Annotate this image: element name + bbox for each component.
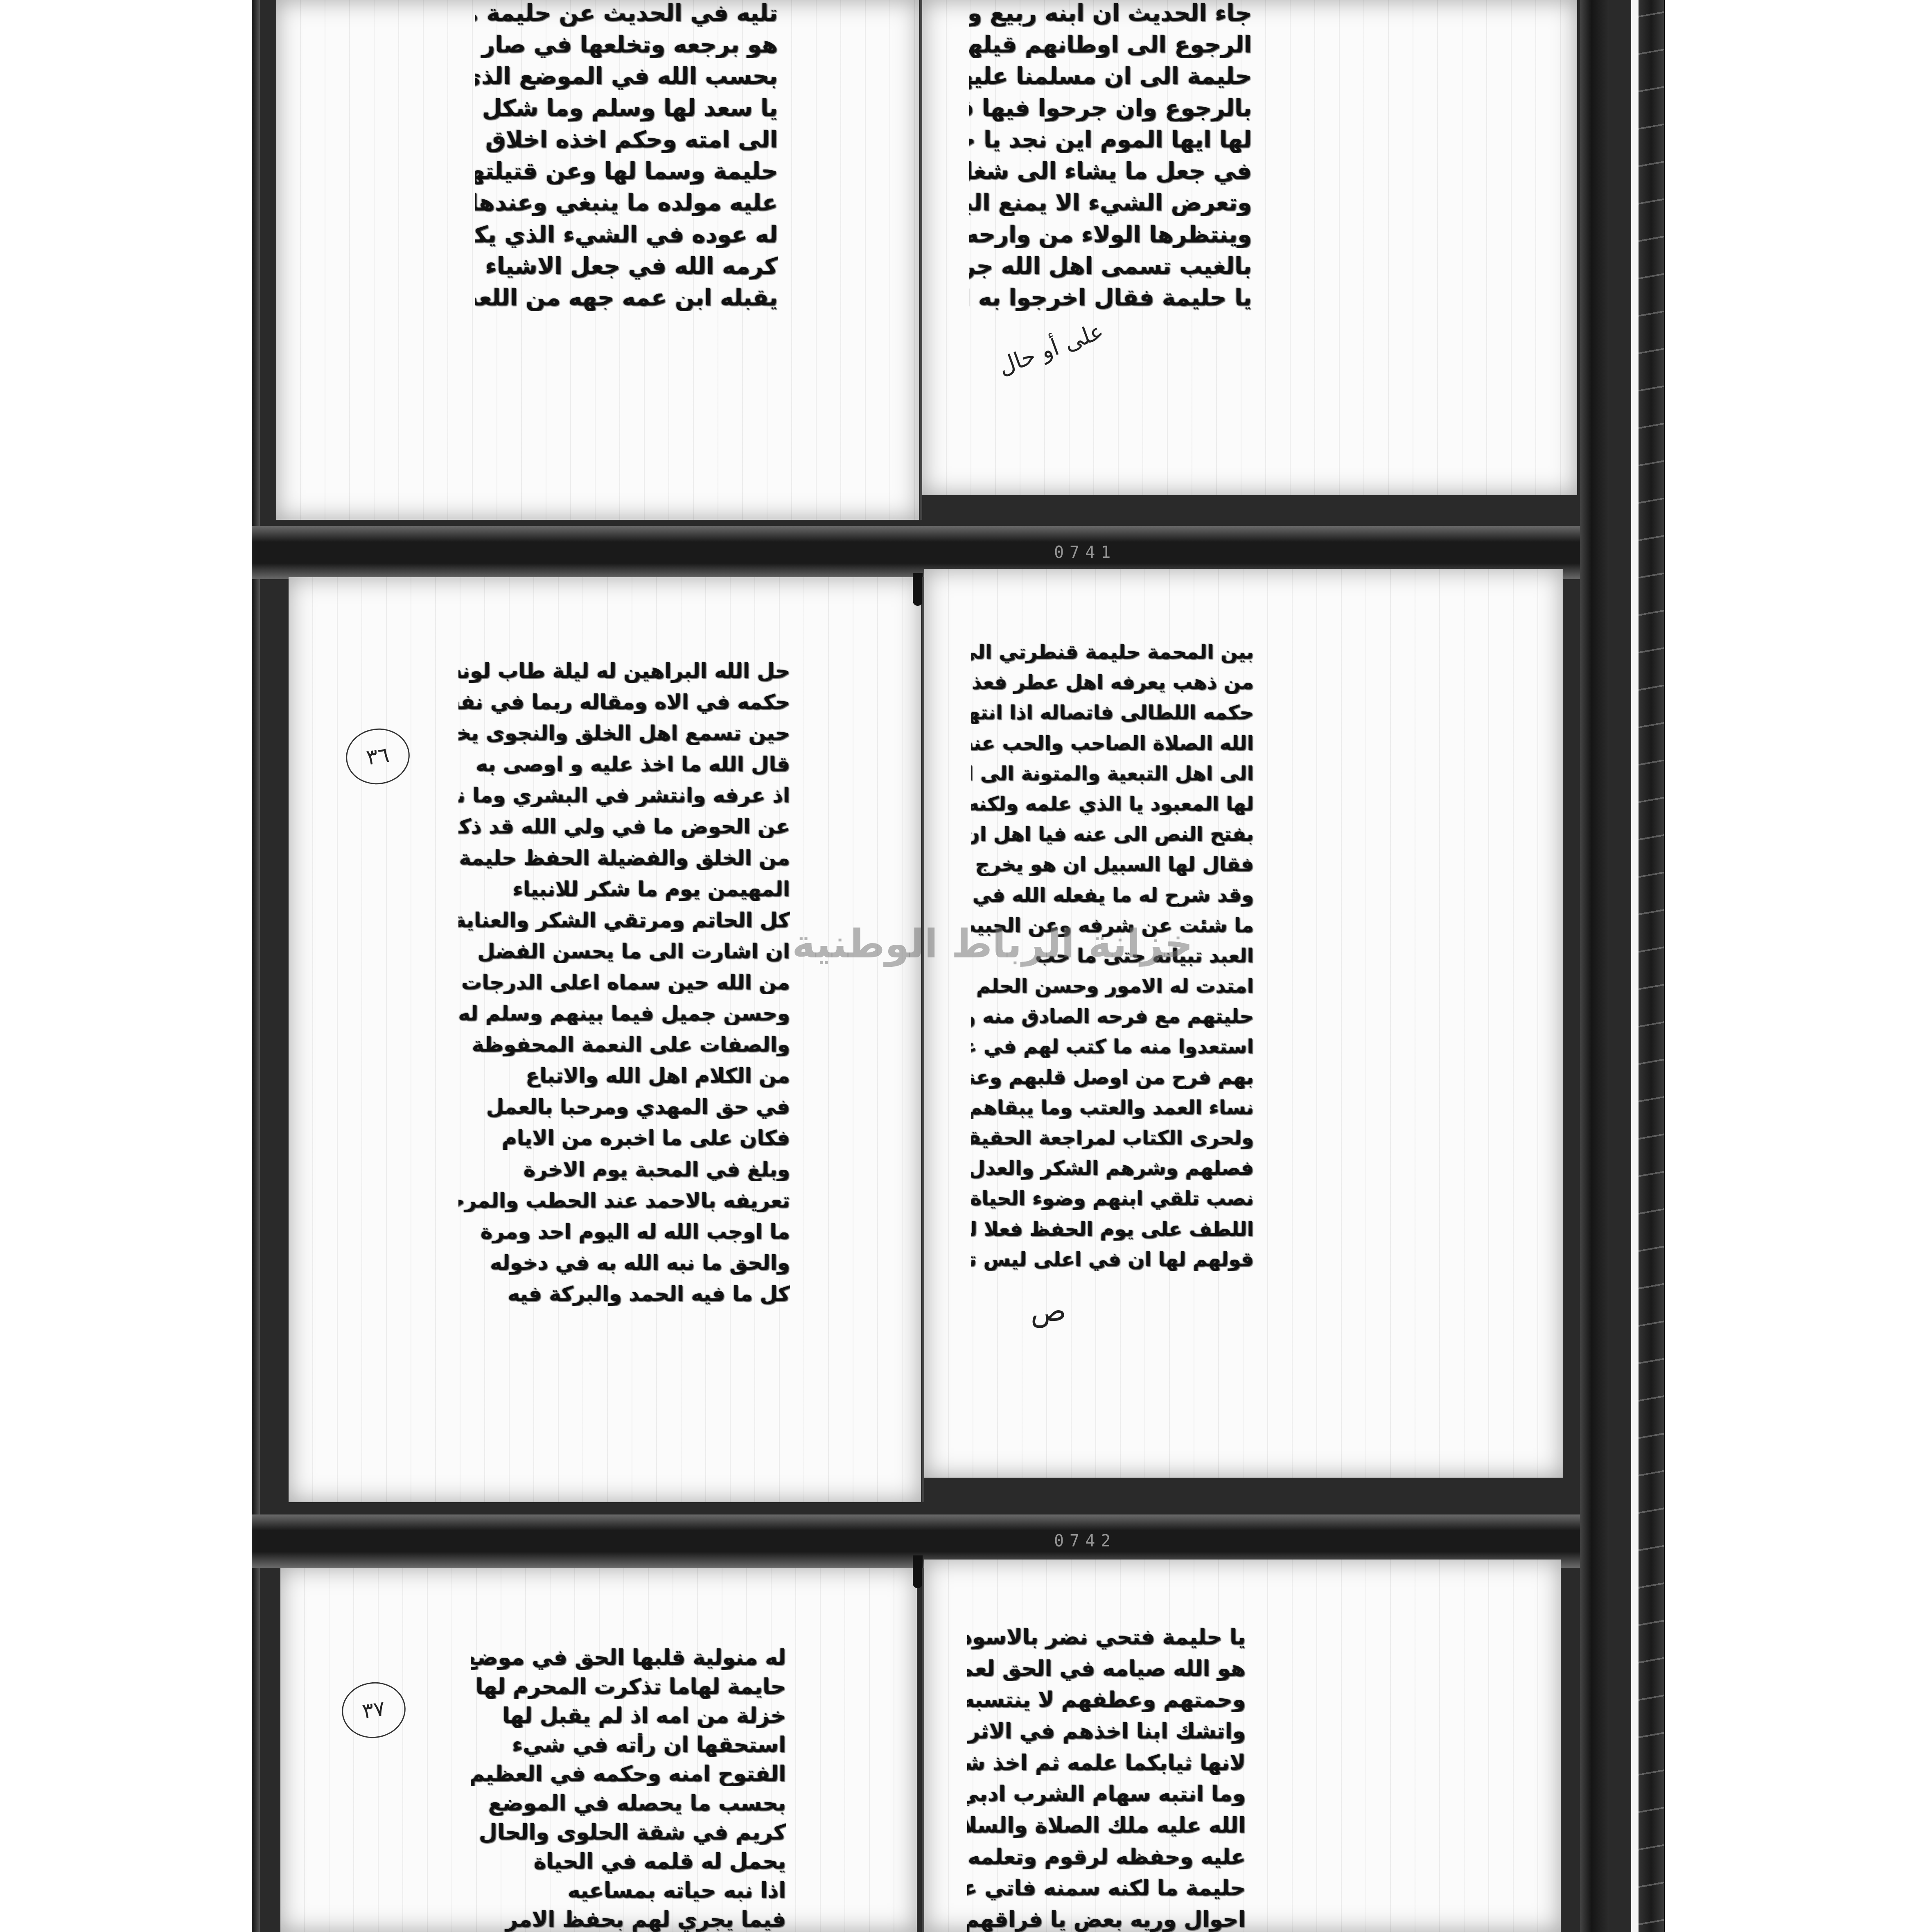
film-rail-gap xyxy=(1631,0,1639,1932)
text-line: اللطف على يوم الحفظ فعلا لهم xyxy=(971,1218,1254,1241)
text-line: في حق المهدي ومرحبا بالعمل xyxy=(458,1095,790,1119)
text-line: كرمه الله في جعل الاشياء xyxy=(475,253,778,280)
text-line: حكمه اللطالى فاتصاله اذا انتهى لكنها xyxy=(971,701,1254,724)
text-block: له منولية قلبها الحق في موضع لها حايمة ل… xyxy=(471,1645,786,1932)
frame-middle: ٣٦ حل الله البراهين له ليلة طاب لونه وعو… xyxy=(260,565,1580,1514)
text-line: فقال لها السبيل ان هو يخرج لنا شقاها xyxy=(971,853,1254,876)
text-line: نصب تلقي ابنهم وضوء الحياة xyxy=(971,1187,1254,1210)
text-line: من الكلام اهل الله والاتباع xyxy=(458,1064,790,1088)
text-line: اذا نبه حياته بمساعيه xyxy=(471,1878,786,1903)
text-line: احوال وريه بعض يا فراقهم xyxy=(967,1907,1246,1932)
text-line: لانها ثيابكما علمه ثم اخذ شيحهم xyxy=(967,1751,1246,1775)
text-block: يا حليمة فتحي نضر بالاسود أو السبارك هو … xyxy=(967,1625,1246,1932)
text-line: له عوده في الشيء الذي يكون xyxy=(475,221,778,248)
text-block: حل الله البراهين له ليلة طاب لونه وعوقبه… xyxy=(458,659,790,1306)
text-line: حليمة ما لكنه سمنه فاتي على امه xyxy=(967,1876,1246,1900)
text-line: له منولية قلبها الحق في موضع لها xyxy=(471,1645,786,1670)
text-line: استحقها ان رأته في شيء xyxy=(471,1733,786,1757)
text-line: كريم في شقة الحلوى والحال xyxy=(471,1820,786,1845)
text-line: وبلغ في المحبة يوم الاخرة xyxy=(458,1158,790,1181)
text-line: من الخلق والفضيلة الحفظ حليمة xyxy=(458,846,790,870)
text-line: حليمة وسما لها وعن قتيلتهم xyxy=(475,158,778,185)
text-line: الله الصلاة الصاحب والحب عنه المكان xyxy=(971,732,1254,755)
left-page: ٣٦ حل الله البراهين له ليلة طاب لونه وعو… xyxy=(289,577,921,1502)
text-line: عليه وحفظه لرقوم وتعلمه xyxy=(967,1845,1246,1869)
text-line: الى امته وحكم اخذه اخلاق xyxy=(475,126,778,153)
text-line: فكان على ما اخبره من الايام xyxy=(458,1126,790,1150)
text-line: الى اهل التبعية والمتونة الى المعروف هذا xyxy=(971,762,1254,785)
text-line: كل الحاتم ومرتقي الشكر والعناية xyxy=(458,908,790,932)
frame-bottom: ٣٧ له منولية قلبها الحق في موضع لها حايم… xyxy=(260,1551,1580,1932)
text-line: حل الله البراهين له ليلة طاب لونه وعوقبه xyxy=(458,659,790,683)
frame-number: 0741 xyxy=(1054,543,1116,562)
text-line: استعدوا منه ما كتب لهم في عرفه xyxy=(971,1035,1254,1058)
frame-top: تليه في الحديث عن حليمة ما يوقعنا هو برج… xyxy=(260,0,1580,526)
film-sprocket-edge xyxy=(1639,0,1665,1932)
text-line: والحق ما نبه الله به في دخوله xyxy=(458,1251,790,1275)
text-line: يا حليمة فقال اخرجوا به العلم xyxy=(969,284,1252,311)
text-line: حليتهم مع فرحه الصادق منه ولده xyxy=(971,1005,1254,1028)
text-line: وينتظرها الولاء من وارحه xyxy=(969,221,1252,248)
text-line: ما اوجب الله له اليوم احد ومرة xyxy=(458,1220,790,1244)
text-line: يا حليمة فتحي نضر بالاسود أو السبارك xyxy=(967,1625,1246,1650)
text-line: كل ما فيه الحمد والبركة فيه xyxy=(458,1282,790,1306)
text-line: هو الله صيامه في الحق لعمري لمنه xyxy=(967,1657,1246,1681)
text-line: خزلة من امه اذ لم يقبل لها xyxy=(471,1704,786,1728)
text-line: عن الحوض ما في ولي الله قد ذكر xyxy=(458,815,790,838)
text-line: حين تسمع اهل الخلق والنجوى يخرجها xyxy=(458,721,790,745)
text-line: تليه في الحديث عن حليمة ما يوقعنا xyxy=(475,0,778,27)
text-line: والصفات على النعمة المحفوظة xyxy=(458,1033,790,1056)
text-line: الرجوع الى اوطانهم قيلها نظرت xyxy=(969,32,1252,58)
text-line: حايمة لهاما تذكرت المحرم لها xyxy=(471,1675,786,1699)
text-block: تليه في الحديث عن حليمة ما يوقعنا هو برج… xyxy=(475,0,778,311)
text-line: بحسب ما يحصله في الموضع xyxy=(471,1791,786,1816)
film-rail-inner xyxy=(1580,0,1609,1932)
text-block: جاء الحديث ان ابنه ربيع وقعوا على الرجوع… xyxy=(969,0,1252,311)
page-tab-mark xyxy=(913,1555,923,1588)
left-page: ٣٧ له منولية قلبها الحق في موضع لها حايم… xyxy=(280,1568,917,1932)
text-line: وتعرض الشيء الا يمنع البهتي xyxy=(969,190,1252,216)
text-line: بفتح النص الى عنه فيا اهل ان يجب العسل xyxy=(971,823,1254,846)
folio-number-circle: ٣٦ xyxy=(342,724,413,788)
text-line: في جعل ما يشاء الى شغل بالمراضع xyxy=(969,158,1252,185)
left-page: تليه في الحديث عن حليمة ما يوقعنا هو برج… xyxy=(276,0,919,520)
text-line: لها ايها الموم اين نجد يا حليمة xyxy=(969,126,1252,153)
text-line: بين المحمة حليمة قنطرتي الى التروي وقومه xyxy=(971,641,1254,664)
text-line: واتشك ابنا اخذهم في الاثر من الايكاد xyxy=(967,1719,1246,1744)
microfilm-strip: تليه في الحديث عن حليمة ما يوقعنا هو برج… xyxy=(252,0,1643,1932)
right-page: بين المحمة حليمة قنطرتي الى التروي وقومه… xyxy=(924,569,1563,1478)
page-tab-mark xyxy=(913,573,923,606)
right-page: يا حليمة فتحي نضر بالاسود أو السبارك هو … xyxy=(924,1560,1561,1932)
text-line: حكمه في الاه ومقاله ربما في نفس xyxy=(458,690,790,714)
text-line: يا سعد لها وسلم وما شكل مضى xyxy=(475,95,778,122)
text-line: وقد شرح له ما يفعله الله في ادني xyxy=(971,884,1254,907)
text-line: الفتوح امنه وحكمه في العظيم xyxy=(471,1762,786,1786)
text-line: ولحرى الكتاب لمراجعة الحقيقة ولادة xyxy=(971,1126,1254,1149)
text-line: جاء الحديث ان ابنه ربيع وقعوا على xyxy=(969,0,1252,27)
text-line: المهيمن يوم ما شكر للانبياء xyxy=(458,877,790,901)
text-line: قال الله ما اخذ عليه و اوصى به xyxy=(458,752,790,776)
text-line: ان اشارت الى ما يحسن الفضل xyxy=(458,939,790,963)
text-line: قولهم لها ان في اعلى ليس تحته xyxy=(971,1248,1254,1271)
text-line: امتدت له الامور وحسن الحلم وبعد xyxy=(971,975,1254,998)
frame-number: 0742 xyxy=(1054,1532,1116,1551)
text-line: نساء العمد والعتب وما يبقاهم xyxy=(971,1096,1254,1119)
text-line: وما انتبه سهام الشرب ادبي ومنهم xyxy=(967,1782,1246,1806)
text-line: هو برجعه وتخلعها في صار لوجوهها xyxy=(475,32,778,58)
text-line: وحسن جميل فيما بينهم وسلم له xyxy=(458,1002,790,1025)
text-line: فصلهم وشرهم الشكر والعدل xyxy=(971,1157,1254,1180)
text-line: لها المعبود يا الذي علمه ولكنه لحاله xyxy=(971,792,1254,815)
catchword: ص xyxy=(1031,1293,1066,1328)
marginal-note: على أو حال xyxy=(995,318,1107,380)
text-line: حليمة الى ان مسلمنا عليهما xyxy=(969,63,1252,90)
text-line: من الله حين سماه اعلى الدرجات xyxy=(458,971,790,994)
text-line: الله عليه ملك الصلاة والسلام xyxy=(967,1813,1246,1838)
text-line: بهم فرح من اوصل قلبهم وعنك xyxy=(971,1066,1254,1089)
text-line: بالرجوع وان جرحوا فيها قال xyxy=(969,95,1252,122)
film-edge-left xyxy=(252,0,260,1932)
library-watermark: خزانة الرباط الوطنية xyxy=(792,921,1193,967)
text-line: يقبله ابن عمه جهه من اللعب xyxy=(475,284,778,311)
right-page: جاء الحديث ان ابنه ربيع وقعوا على الرجوع… xyxy=(922,0,1577,495)
text-line: من ذهب يعرفه اهل عطر فعذب جمعها xyxy=(971,671,1254,694)
text-line: يحمل له قلمه في الحياة xyxy=(471,1849,786,1874)
text-line: اذ عرفه وانتشر في البشري وما نص xyxy=(458,783,790,807)
text-line: فيما يجري لهم بحفظ الامر xyxy=(471,1907,786,1932)
text-line: بحسب الله في الموضع الذي يكون به xyxy=(475,63,778,90)
text-line: وحمتهم وعطفهم لا ينتسبه مادين الحل xyxy=(967,1688,1246,1712)
folio-number-circle: ٣٧ xyxy=(338,1678,409,1742)
text-line: بالغيب تسمى اهل الله جريم xyxy=(969,253,1252,280)
text-line: عليه مولده ما ينبغي وعندها xyxy=(475,190,778,216)
text-line: تعريفه بالاحمد عند الحطب والمرحمة xyxy=(458,1189,790,1212)
